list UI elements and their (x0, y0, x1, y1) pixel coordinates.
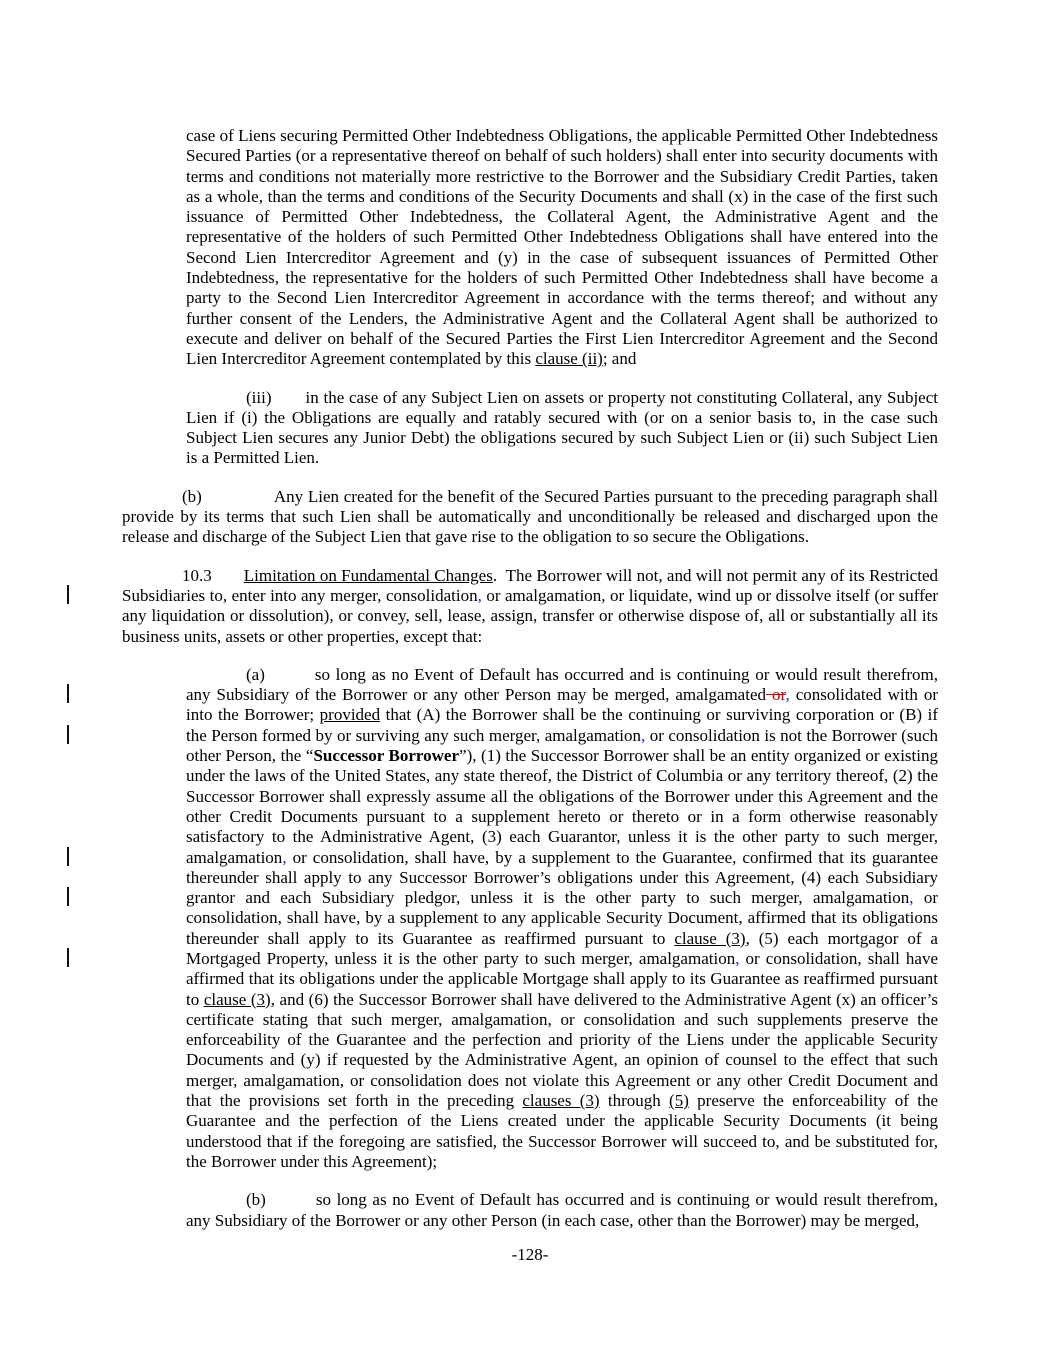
text-run: clauses (3) (522, 1091, 599, 1110)
text-run: clause (3) (204, 990, 271, 1009)
text-run: provided (320, 705, 380, 724)
text-run: (5) (669, 1091, 689, 1110)
text-run: (b) (246, 1190, 266, 1209)
paragraph-section-10-3: 10.3Limitation on Fundamental Changes. T… (122, 566, 938, 647)
text-run: ; and (603, 349, 637, 368)
paragraph-clause-ii-continuation: case of Liens securing Permitted Other I… (186, 126, 938, 370)
paragraph-10-3-a: (a)so long as no Event of Default has oc… (186, 665, 938, 1172)
text-run: case of Liens securing Permitted Other I… (186, 126, 938, 368)
paragraph-clause-iii: (iii)in the case of any Subject Lien on … (186, 388, 938, 469)
change-bar (67, 887, 69, 906)
page-number: -128- (122, 1245, 938, 1265)
text-run: clause (3) (674, 929, 745, 948)
text-run: so long as no Event of Default has occur… (186, 1190, 938, 1229)
deleted-text: or (766, 685, 785, 704)
text-run: or consolidation, shall have, by a suppl… (186, 848, 938, 908)
change-bar (67, 684, 69, 703)
text-run: Successor Borrower (313, 746, 459, 765)
text-run: in the case of any Subject Lien on asset… (186, 388, 938, 468)
document-page: case of Liens securing Permitted Other I… (0, 0, 1055, 1365)
change-bar (67, 847, 69, 866)
change-bar (67, 585, 69, 604)
text-run: Limitation on Fundamental Changes (244, 566, 493, 585)
paragraph-b-liens: (b)Any Lien created for the benefit of t… (122, 487, 938, 548)
change-bar (67, 725, 69, 744)
change-bar (67, 948, 69, 967)
text-run: through (600, 1091, 669, 1110)
page-content: case of Liens securing Permitted Other I… (0, 0, 1055, 1265)
paragraph-10-3-b: (b)so long as no Event of Default has oc… (186, 1190, 938, 1231)
text-run: (iii) (246, 388, 272, 407)
text-run: (a) (246, 665, 265, 684)
text-run: Any Lien created for the benefit of the … (122, 487, 938, 547)
text-run: (b) (182, 487, 202, 506)
text-run: 10.3 (182, 566, 212, 585)
text-run: clause (ii) (535, 349, 603, 368)
